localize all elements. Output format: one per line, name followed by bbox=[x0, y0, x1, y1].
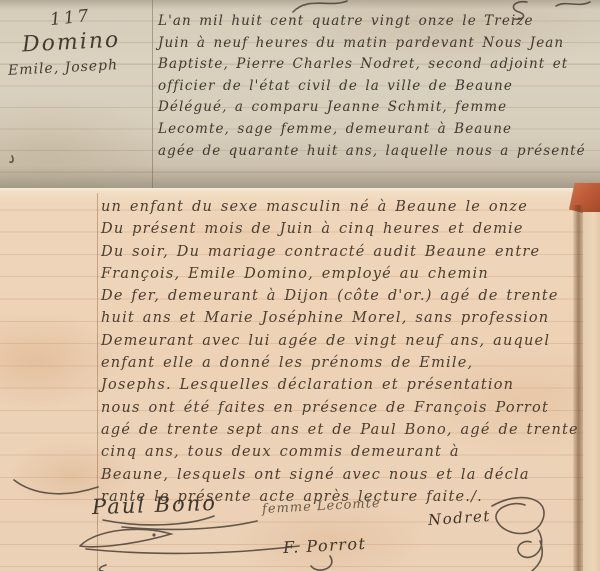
manuscript-line: agée de quarante huit ans, laquelle nous… bbox=[158, 141, 596, 163]
manuscript-line: Demeurant avec lui agée de vingt neuf an… bbox=[101, 330, 579, 352]
page-edge-top bbox=[0, 188, 575, 193]
manuscript-line: Délégué, a comparu Jeanne Schmit, femme bbox=[158, 97, 596, 119]
manuscript-line: Juin à neuf heures du matin pardevant No… bbox=[158, 33, 596, 55]
manuscript-text-bottom: un enfant du sexe masculin né à Beaune l… bbox=[101, 196, 579, 508]
margin-note: 117 Domino Emile, Joseph bbox=[0, 0, 150, 188]
manuscript-line: Du présent mois de Juin à cinq heures et… bbox=[101, 218, 579, 240]
act-surname: Domino bbox=[21, 27, 120, 57]
signature-paul-bono: Paul Bono bbox=[92, 491, 218, 519]
manuscript-line: enfant elle a donné les prénoms de Emile… bbox=[101, 352, 579, 374]
manuscript-line: Du soir, Du mariage contracté audit Beau… bbox=[101, 241, 579, 263]
civil-register-scan: 117 Domino Emile, Joseph L'an mil huit c… bbox=[0, 0, 600, 571]
manuscript-line: Lecomte, sage femme, demeurant à Beaune bbox=[158, 119, 596, 141]
manuscript-line: huit ans et Marie Joséphine Morel, sans … bbox=[101, 307, 579, 329]
manuscript-line: De fer, demeurant à Dijon (côte d'or.) a… bbox=[101, 285, 579, 307]
manuscript-line: L'an mil huit cent quatre vingt onze le … bbox=[158, 11, 596, 33]
margin-rule-top bbox=[152, 0, 153, 188]
manuscript-line: Baptiste, Pierre Charles Nodret, second … bbox=[158, 54, 596, 76]
manuscript-line: François, Emile Domino, employé au chemi… bbox=[101, 263, 579, 285]
manuscript-line: Josephs. Lesquelles déclaration et prése… bbox=[101, 374, 579, 396]
manuscript-line: nous ont été faites en présence de Franç… bbox=[101, 397, 579, 419]
manuscript-line: agé de trente sept ans et de Paul Bono, … bbox=[101, 419, 579, 441]
manuscript-line: Beaune, lesquels ont signé avec nous et … bbox=[101, 464, 579, 486]
manuscript-text-top: L'an mil huit cent quatre vingt onze le … bbox=[158, 11, 596, 162]
act-number: 117 bbox=[49, 6, 92, 30]
manuscript-line: cinq ans, tous deux commis demeurant à bbox=[101, 441, 579, 463]
act-given-names: Emile, Joseph bbox=[8, 57, 119, 79]
page-edge-light bbox=[583, 212, 600, 571]
manuscript-line: officier de l'état civil de la ville de … bbox=[158, 76, 596, 98]
manuscript-line: un enfant du sexe masculin né à Beaune l… bbox=[101, 196, 579, 218]
